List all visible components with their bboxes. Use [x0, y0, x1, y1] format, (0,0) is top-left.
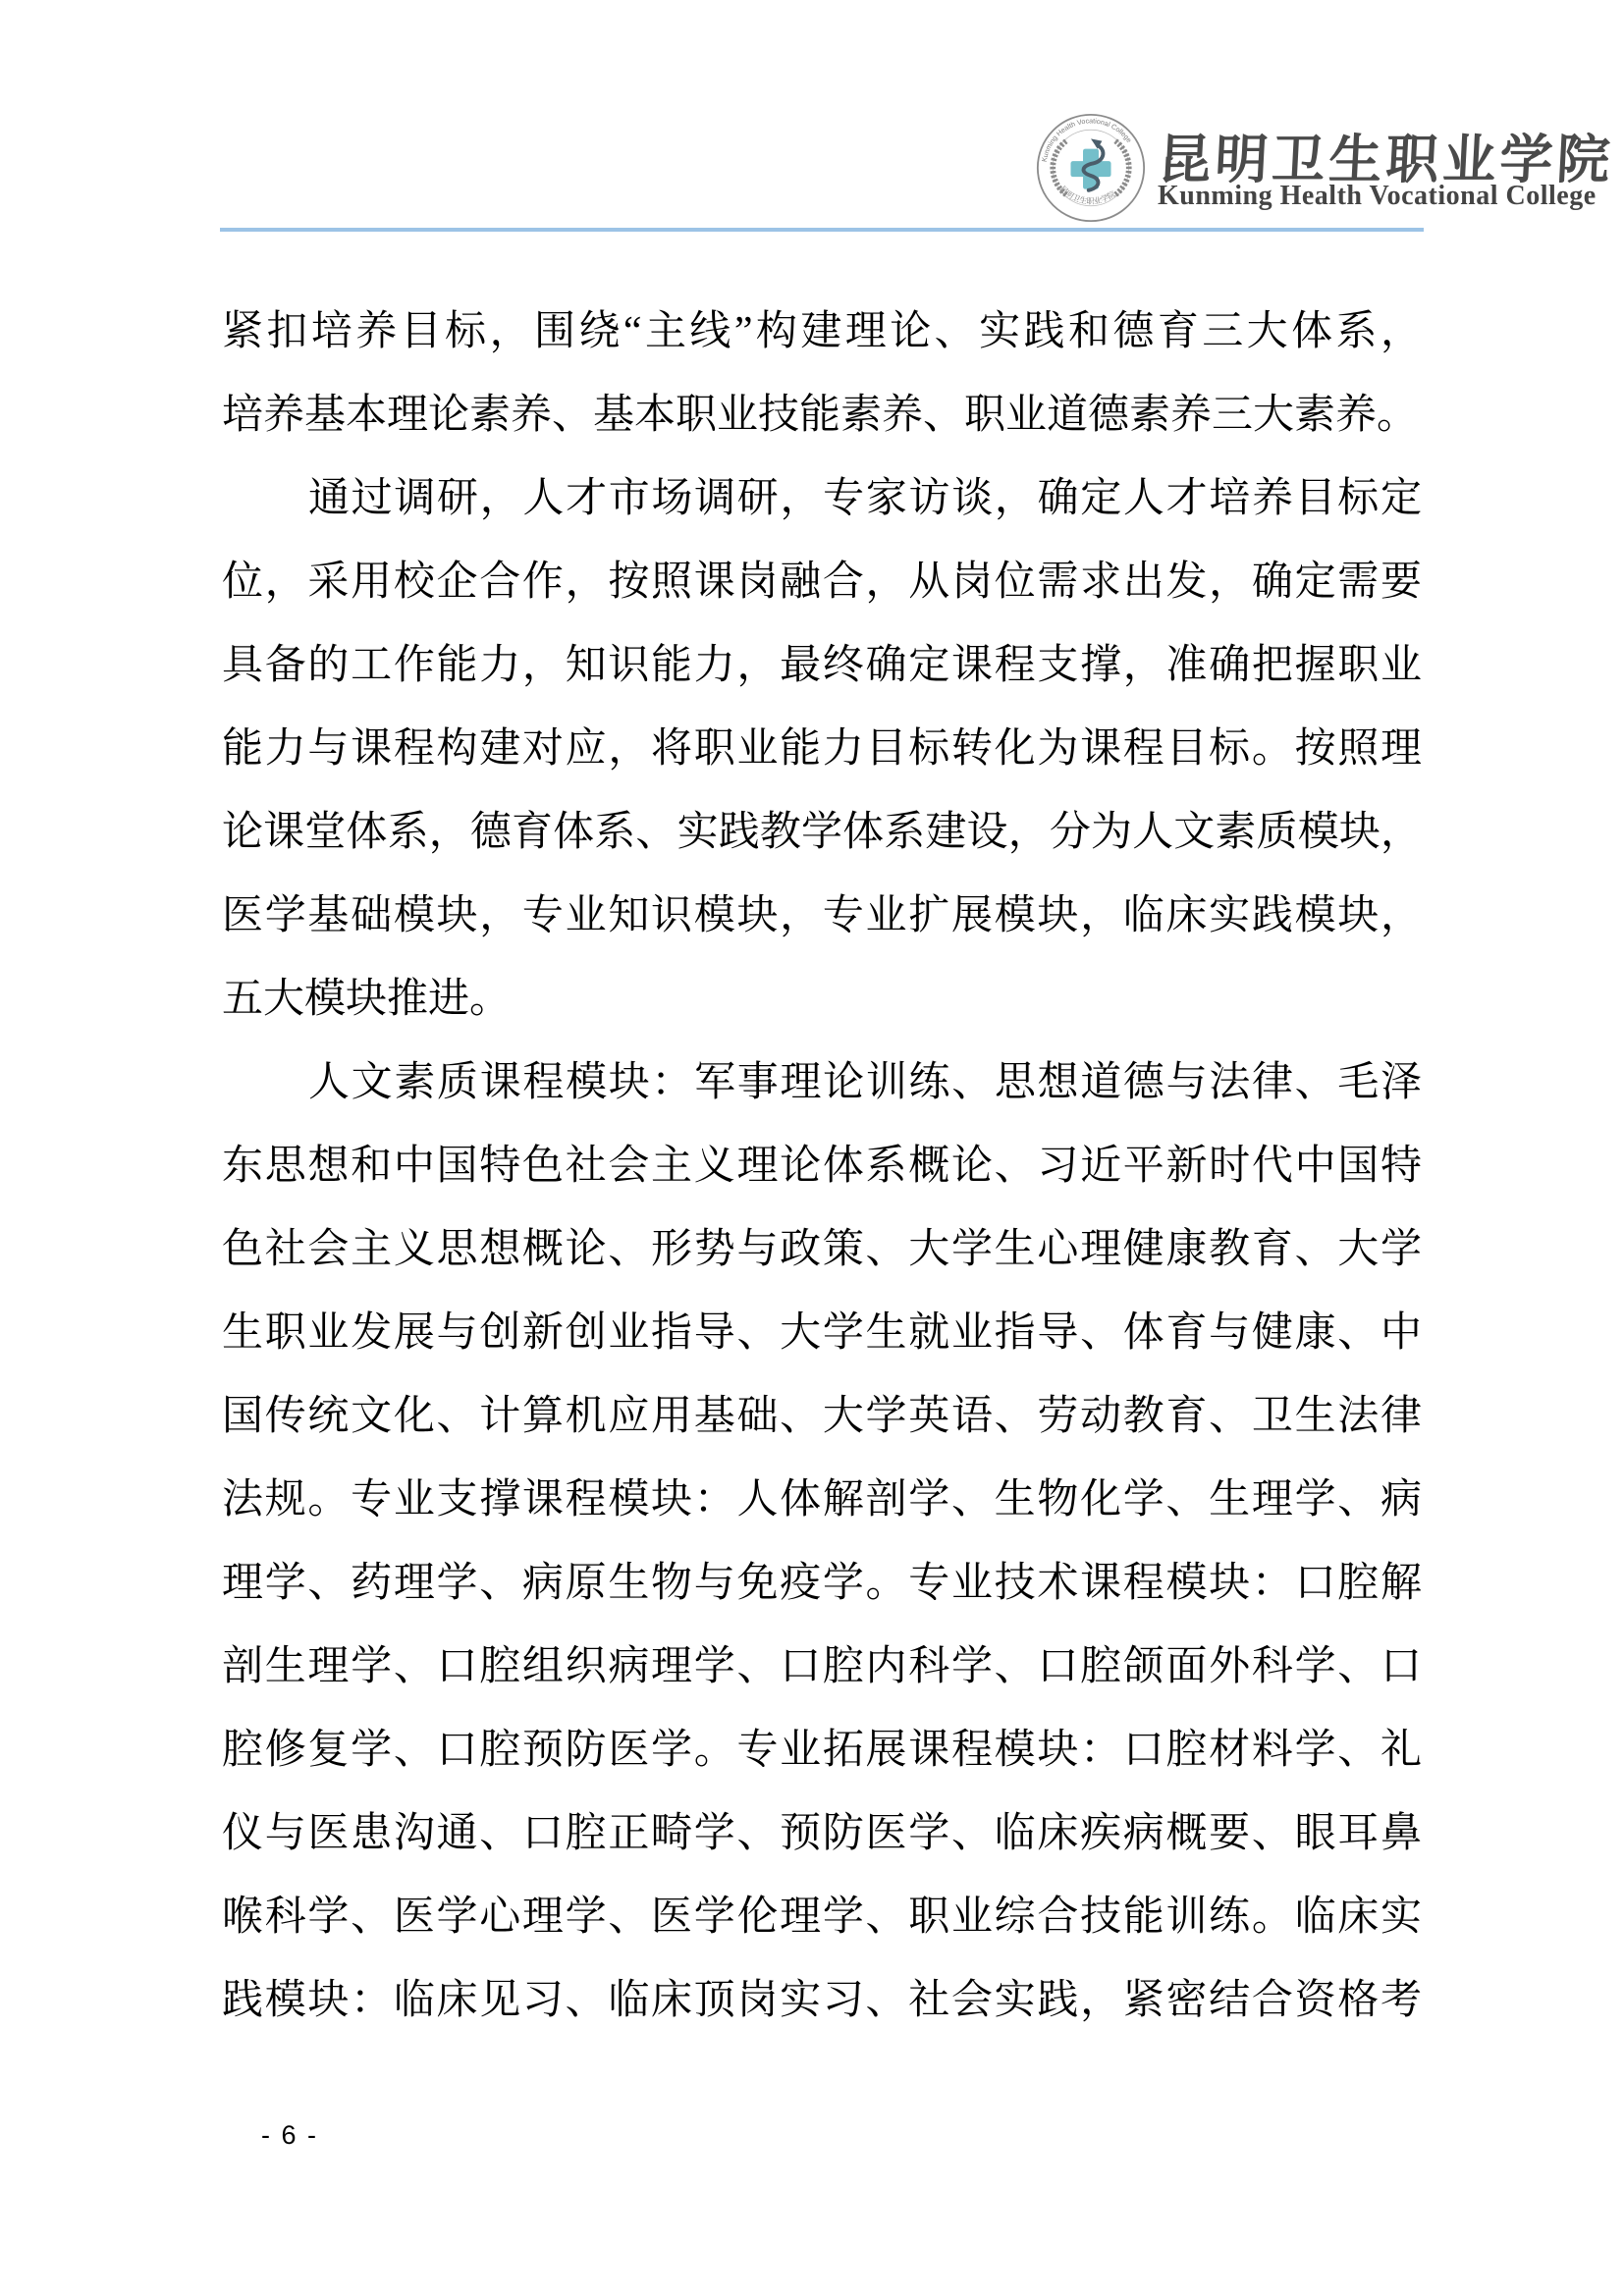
body-line: 五大模块推进。 — [222, 958, 1422, 1041]
college-name-chinese: 昆明卫生职业学院 — [1157, 118, 1503, 183]
body-line: 紧扣培养目标，围绕“主线”构建理论、实践和德育三大体系， — [222, 291, 1422, 374]
body-line: 人文素质课程模块：军事理论训练、思想道德与法律、毛泽 — [222, 1041, 1422, 1125]
body-line: 具备的工作能力，知识能力，最终确定课程支撑，准确把握职业 — [222, 624, 1422, 708]
body-line: 生职业发展与创新创业指导、大学生就业指导、体育与健康、中 — [222, 1292, 1422, 1375]
body-line: 法规。专业支撑课程模块：人体解剖学、生物化学、生理学、病 — [222, 1459, 1422, 1542]
body-line: 理学、药理学、病原生物与免疫学。专业技术课程模块：口腔解 — [222, 1542, 1422, 1626]
page-header: Kunming Health Vocational College 昆明卫生职业… — [0, 0, 1624, 236]
college-name-english: Kunming Health Vocational College — [1158, 181, 1597, 212]
body-line: 培养基本理论素养、基本职业技能素养、职业道德素养三大素养。 — [222, 374, 1422, 457]
body-line: 腔修复学、口腔预防医学。专业拓展课程模块：口腔材料学、礼 — [222, 1709, 1422, 1792]
body-line: 国传统文化、计算机应用基础、大学英语、劳动教育、卫生法律 — [222, 1375, 1422, 1459]
body-line: 位，采用校企合作，按照课岗融合，从岗位需求出发，确定需要 — [222, 541, 1422, 624]
body-line: 剖生理学、口腔组织病理学、口腔内科学、口腔颌面外科学、口 — [222, 1626, 1422, 1709]
body-line: 通过调研，人才市场调研，专家访谈，确定人才培养目标定 — [222, 457, 1422, 541]
body-line: 喉科学、医学心理学、医学伦理学、职业综合技能训练。临床实 — [222, 1876, 1422, 1959]
header-divider-line — [220, 228, 1424, 232]
body-line: 东思想和中国特色社会主义理论体系概论、习近平新时代中国特 — [222, 1125, 1422, 1208]
body-line: 医学基础模块，专业知识模块，专业扩展模块，临床实践模块， — [222, 875, 1422, 958]
college-logo-seal: Kunming Health Vocational College 昆明卫生职业… — [1035, 106, 1147, 230]
body-line: 能力与课程构建对应，将职业能力目标转化为课程目标。按照理 — [222, 708, 1422, 791]
body-line: 色社会主义思想概论、形势与政策、大学生心理健康教育、大学 — [222, 1208, 1422, 1292]
document-body: 紧扣培养目标，围绕“主线”构建理论、实践和德育三大体系， 培养基本理论素养、基本… — [222, 291, 1422, 2043]
body-line: 践模块：临床见习、临床顶岗实习、社会实践，紧密结合资格考 — [222, 1959, 1422, 2043]
body-line: 仪与医患沟通、口腔正畸学、预防医学、临床疾病概要、眼耳鼻 — [222, 1792, 1422, 1876]
body-line: 论课堂体系，德育体系、实践教学体系建设，分为人文素质模块， — [222, 791, 1422, 875]
document-page: Kunming Health Vocational College 昆明卫生职业… — [0, 0, 1624, 2296]
page-number: - 6 - — [261, 2120, 318, 2151]
